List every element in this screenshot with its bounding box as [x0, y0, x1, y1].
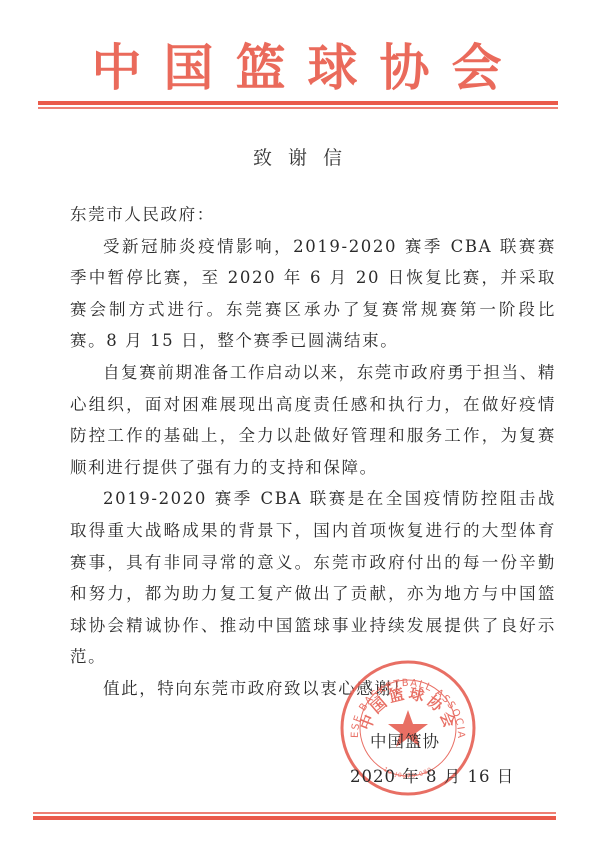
letterhead-divider — [38, 101, 558, 109]
paragraph-1: 受新冠肺炎疫情影响，2019-2020 赛季 CBA 联赛赛季中暂停比赛，至 2… — [70, 231, 556, 357]
letterhead-org-name: 中国篮球协会 — [0, 38, 597, 98]
paragraph-2: 自复赛前期准备工作启动以来，东莞市政府勇于担当、精心组织，面对困难展现出高度责任… — [70, 357, 556, 483]
signature-date: 2020 年 8 月 16 日 — [350, 763, 514, 787]
document-title: 致谢信 — [0, 143, 597, 170]
paragraph-4: 值此，特向东莞市政府致以衷心感谢！ — [70, 673, 556, 705]
footer-divider — [33, 812, 556, 820]
paragraph-3: 2019-2020 赛季 CBA 联赛是在全国疫情防控阻击战取得重大战略成果的背… — [70, 483, 556, 673]
salutation: 东莞市人民政府： — [70, 199, 556, 231]
letter-body: 东莞市人民政府： 受新冠肺炎疫情影响，2019-2020 赛季 CBA 联赛赛季… — [70, 199, 556, 705]
signature: 中国篮协 — [370, 728, 440, 752]
